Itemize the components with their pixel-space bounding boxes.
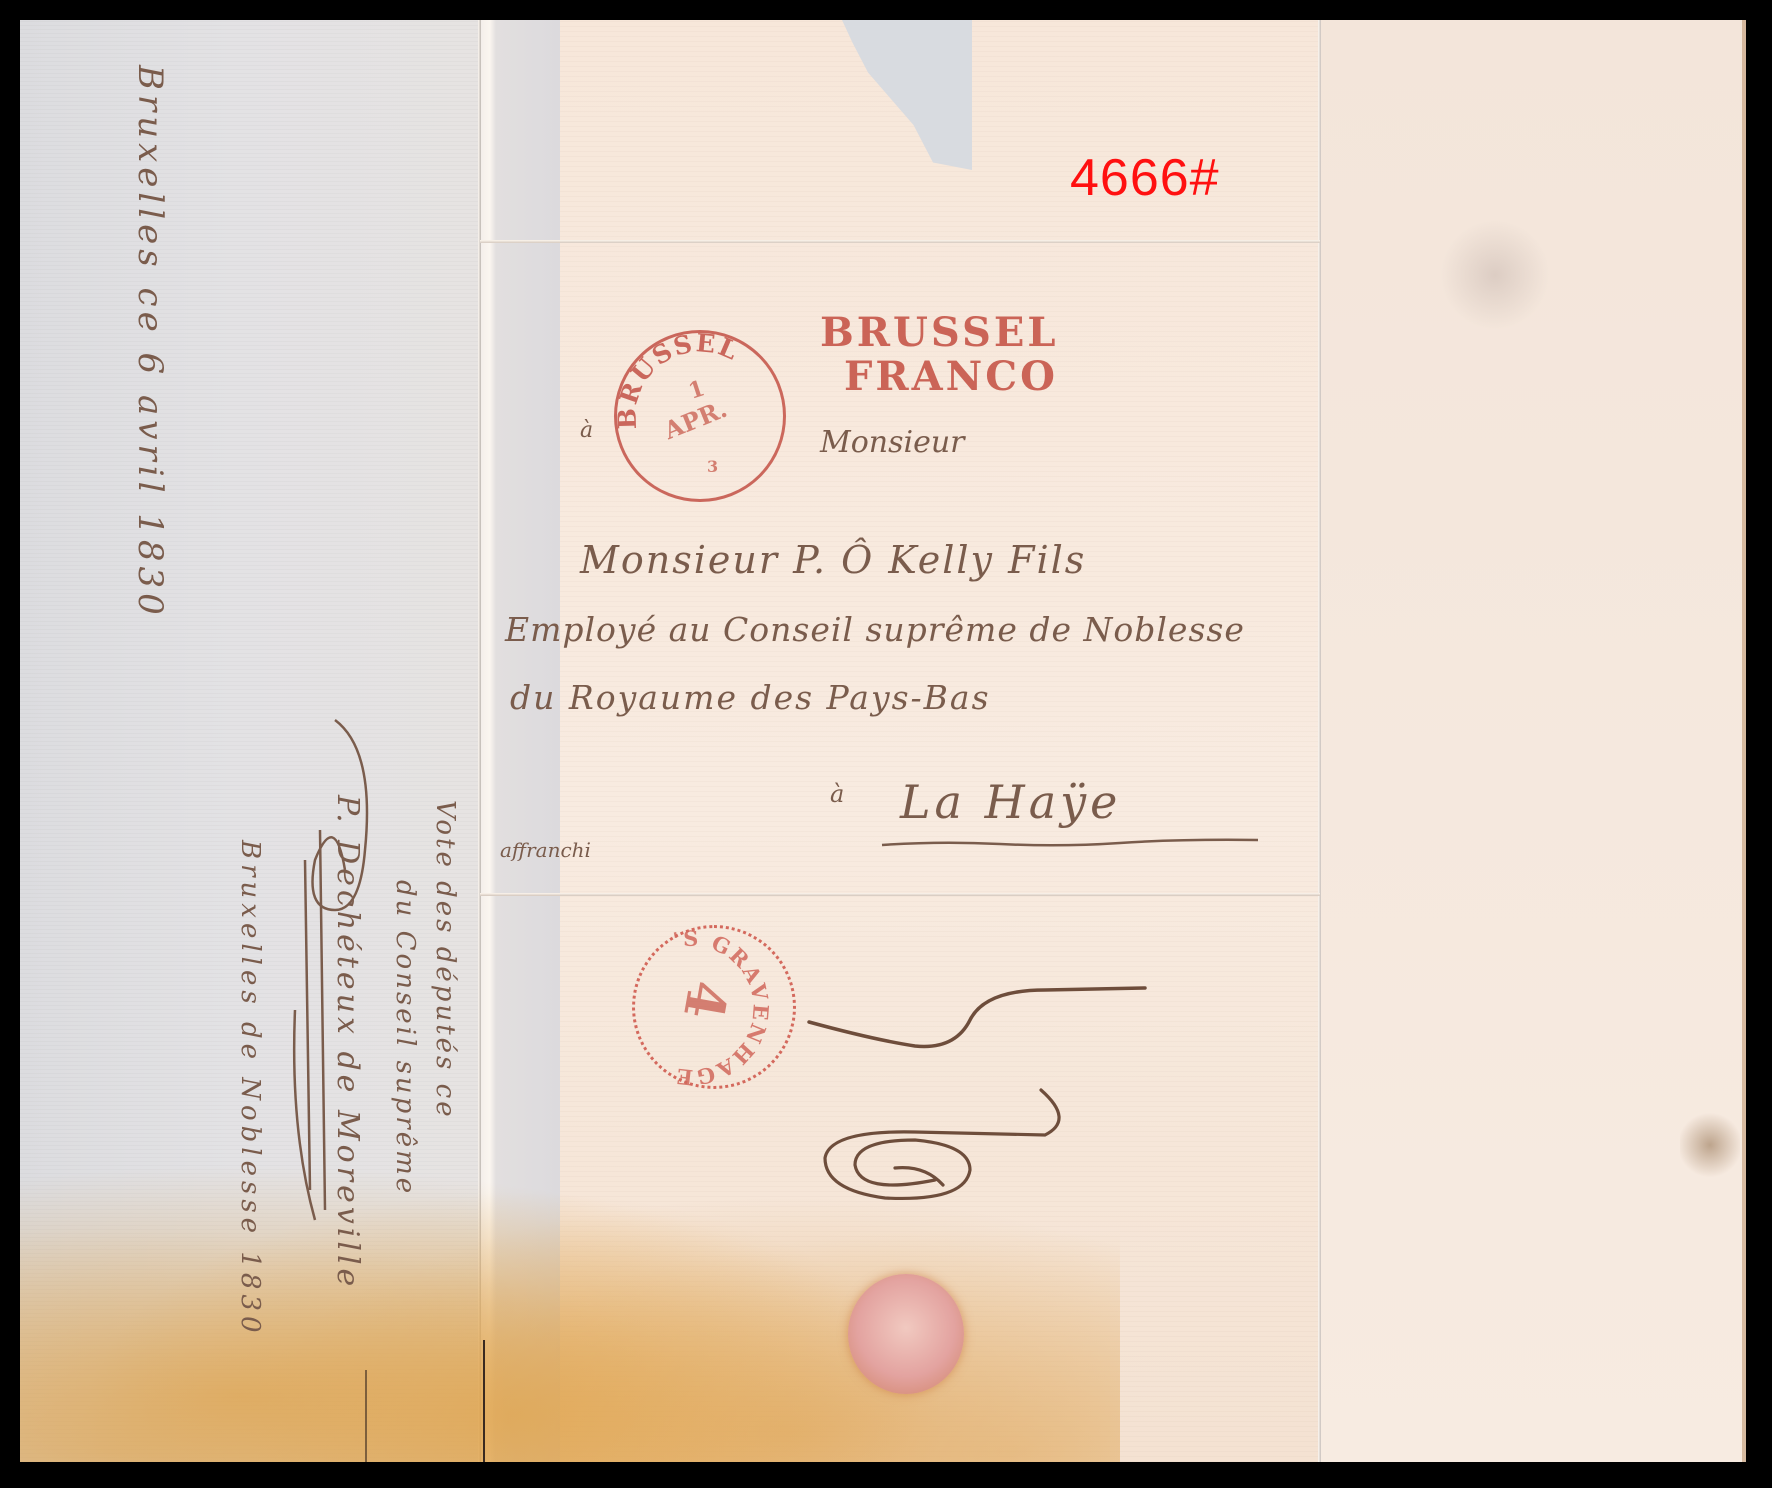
destination-city: La Haÿe bbox=[900, 775, 1121, 829]
foxing-stain bbox=[1680, 1110, 1740, 1180]
salutation-monsieur: Monsieur bbox=[820, 425, 965, 460]
arrival-circular-postmark: 'S GRAVENHAGE 4 bbox=[632, 925, 796, 1089]
wax-seal bbox=[848, 1274, 964, 1394]
origin-circular-postmark: BRUSSEL 1 APR. 3 bbox=[614, 330, 786, 502]
horizontal-fold-top bbox=[480, 240, 1320, 243]
letter-sheet: 4666# BRUSSEL 1 APR. 3 à BRUSSEL FRANCO … bbox=[20, 20, 1746, 1462]
address-line-2: Employé au Conseil suprême de Noblesse bbox=[505, 610, 1245, 649]
prepaid-note: affranchi bbox=[500, 838, 591, 862]
straight-line-town: BRUSSEL bbox=[820, 313, 1058, 353]
straight-line-franco: FRANCO bbox=[844, 357, 1058, 397]
rate-mark-5: 5 bbox=[805, 980, 1145, 1210]
paper-crack bbox=[483, 1340, 485, 1462]
address-line-3: du Royaume des Pays-Bas bbox=[510, 678, 991, 717]
docket-line-2: du Conseil suprême bbox=[390, 880, 420, 1196]
paper-edge bbox=[1742, 20, 1746, 1462]
paper-crack bbox=[365, 1370, 367, 1462]
reference-number: 4666# bbox=[1070, 148, 1220, 208]
horizontal-fold-bottom bbox=[480, 893, 1320, 896]
destination-underline bbox=[880, 835, 1260, 855]
docket-flourish bbox=[265, 710, 385, 1230]
docket-line-1: Vote des députés ce bbox=[430, 800, 460, 1120]
docket-dateline: Bruxelles ce 6 avril 1830 bbox=[130, 65, 170, 620]
docket-line-4: Bruxelles de Noblesse 1830 bbox=[235, 840, 265, 1338]
prefix-a: à bbox=[580, 418, 593, 443]
foxing-stain bbox=[1440, 220, 1550, 330]
address-line-1: Monsieur P. Ô Kelly Fils bbox=[580, 538, 1086, 582]
cds-index: 3 bbox=[707, 457, 718, 476]
vertical-fold-right bbox=[1318, 20, 1321, 1462]
destination-prefix: à bbox=[830, 780, 844, 808]
